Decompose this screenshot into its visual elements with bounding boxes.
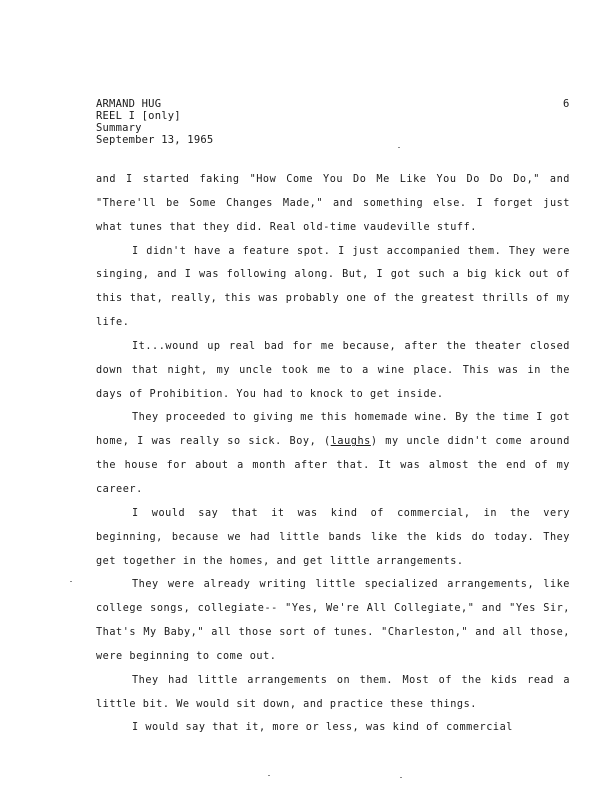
paragraph-text: I would say that it, more or less, was k… — [132, 722, 513, 733]
transcript-paragraph: It...wound up real bad for me because, a… — [96, 335, 570, 407]
transcript-paragraph: I would say that it, more or less, was k… — [96, 716, 570, 740]
transcript-paragraph: I would say that it was kind of commerci… — [96, 502, 570, 574]
page-number: 6 — [563, 98, 569, 110]
scan-artifact — [400, 777, 402, 778]
paragraph-text: They had little arrangements on them. Mo… — [96, 675, 570, 710]
paragraph-text: and I started faking "How Come You Do Me… — [96, 174, 570, 233]
transcript-body: and I started faking "How Come You Do Me… — [96, 168, 570, 740]
stage-direction: laughs — [331, 436, 371, 447]
document-header: ARMAND HUG REEL I [only] Summary Septemb… — [96, 98, 213, 146]
paragraph-text: It...wound up real bad for me because, a… — [96, 341, 570, 400]
transcript-paragraph: I didn't have a feature spot. I just acc… — [96, 240, 570, 335]
document-page: ARMAND HUG REEL I [only] Summary Septemb… — [0, 0, 612, 792]
transcript-paragraph: They were already writing little special… — [96, 573, 570, 668]
scan-artifact — [70, 581, 72, 582]
transcript-paragraph: They proceeded to giving me this homemad… — [96, 406, 570, 501]
transcript-paragraph: and I started faking "How Come You Do Me… — [96, 168, 570, 240]
scan-artifact — [398, 147, 400, 148]
interviewee-name: ARMAND HUG — [96, 98, 213, 110]
scan-artifact — [268, 775, 270, 776]
paragraph-text: I would say that it was kind of commerci… — [96, 508, 570, 567]
paragraph-text: They were already writing little special… — [96, 579, 570, 662]
interview-date: September 13, 1965 — [96, 134, 213, 146]
transcript-paragraph: They had little arrangements on them. Mo… — [96, 669, 570, 717]
document-type: Summary — [96, 122, 213, 134]
paragraph-text: I didn't have a feature spot. I just acc… — [96, 246, 570, 329]
reel-label: REEL I [only] — [96, 110, 213, 122]
